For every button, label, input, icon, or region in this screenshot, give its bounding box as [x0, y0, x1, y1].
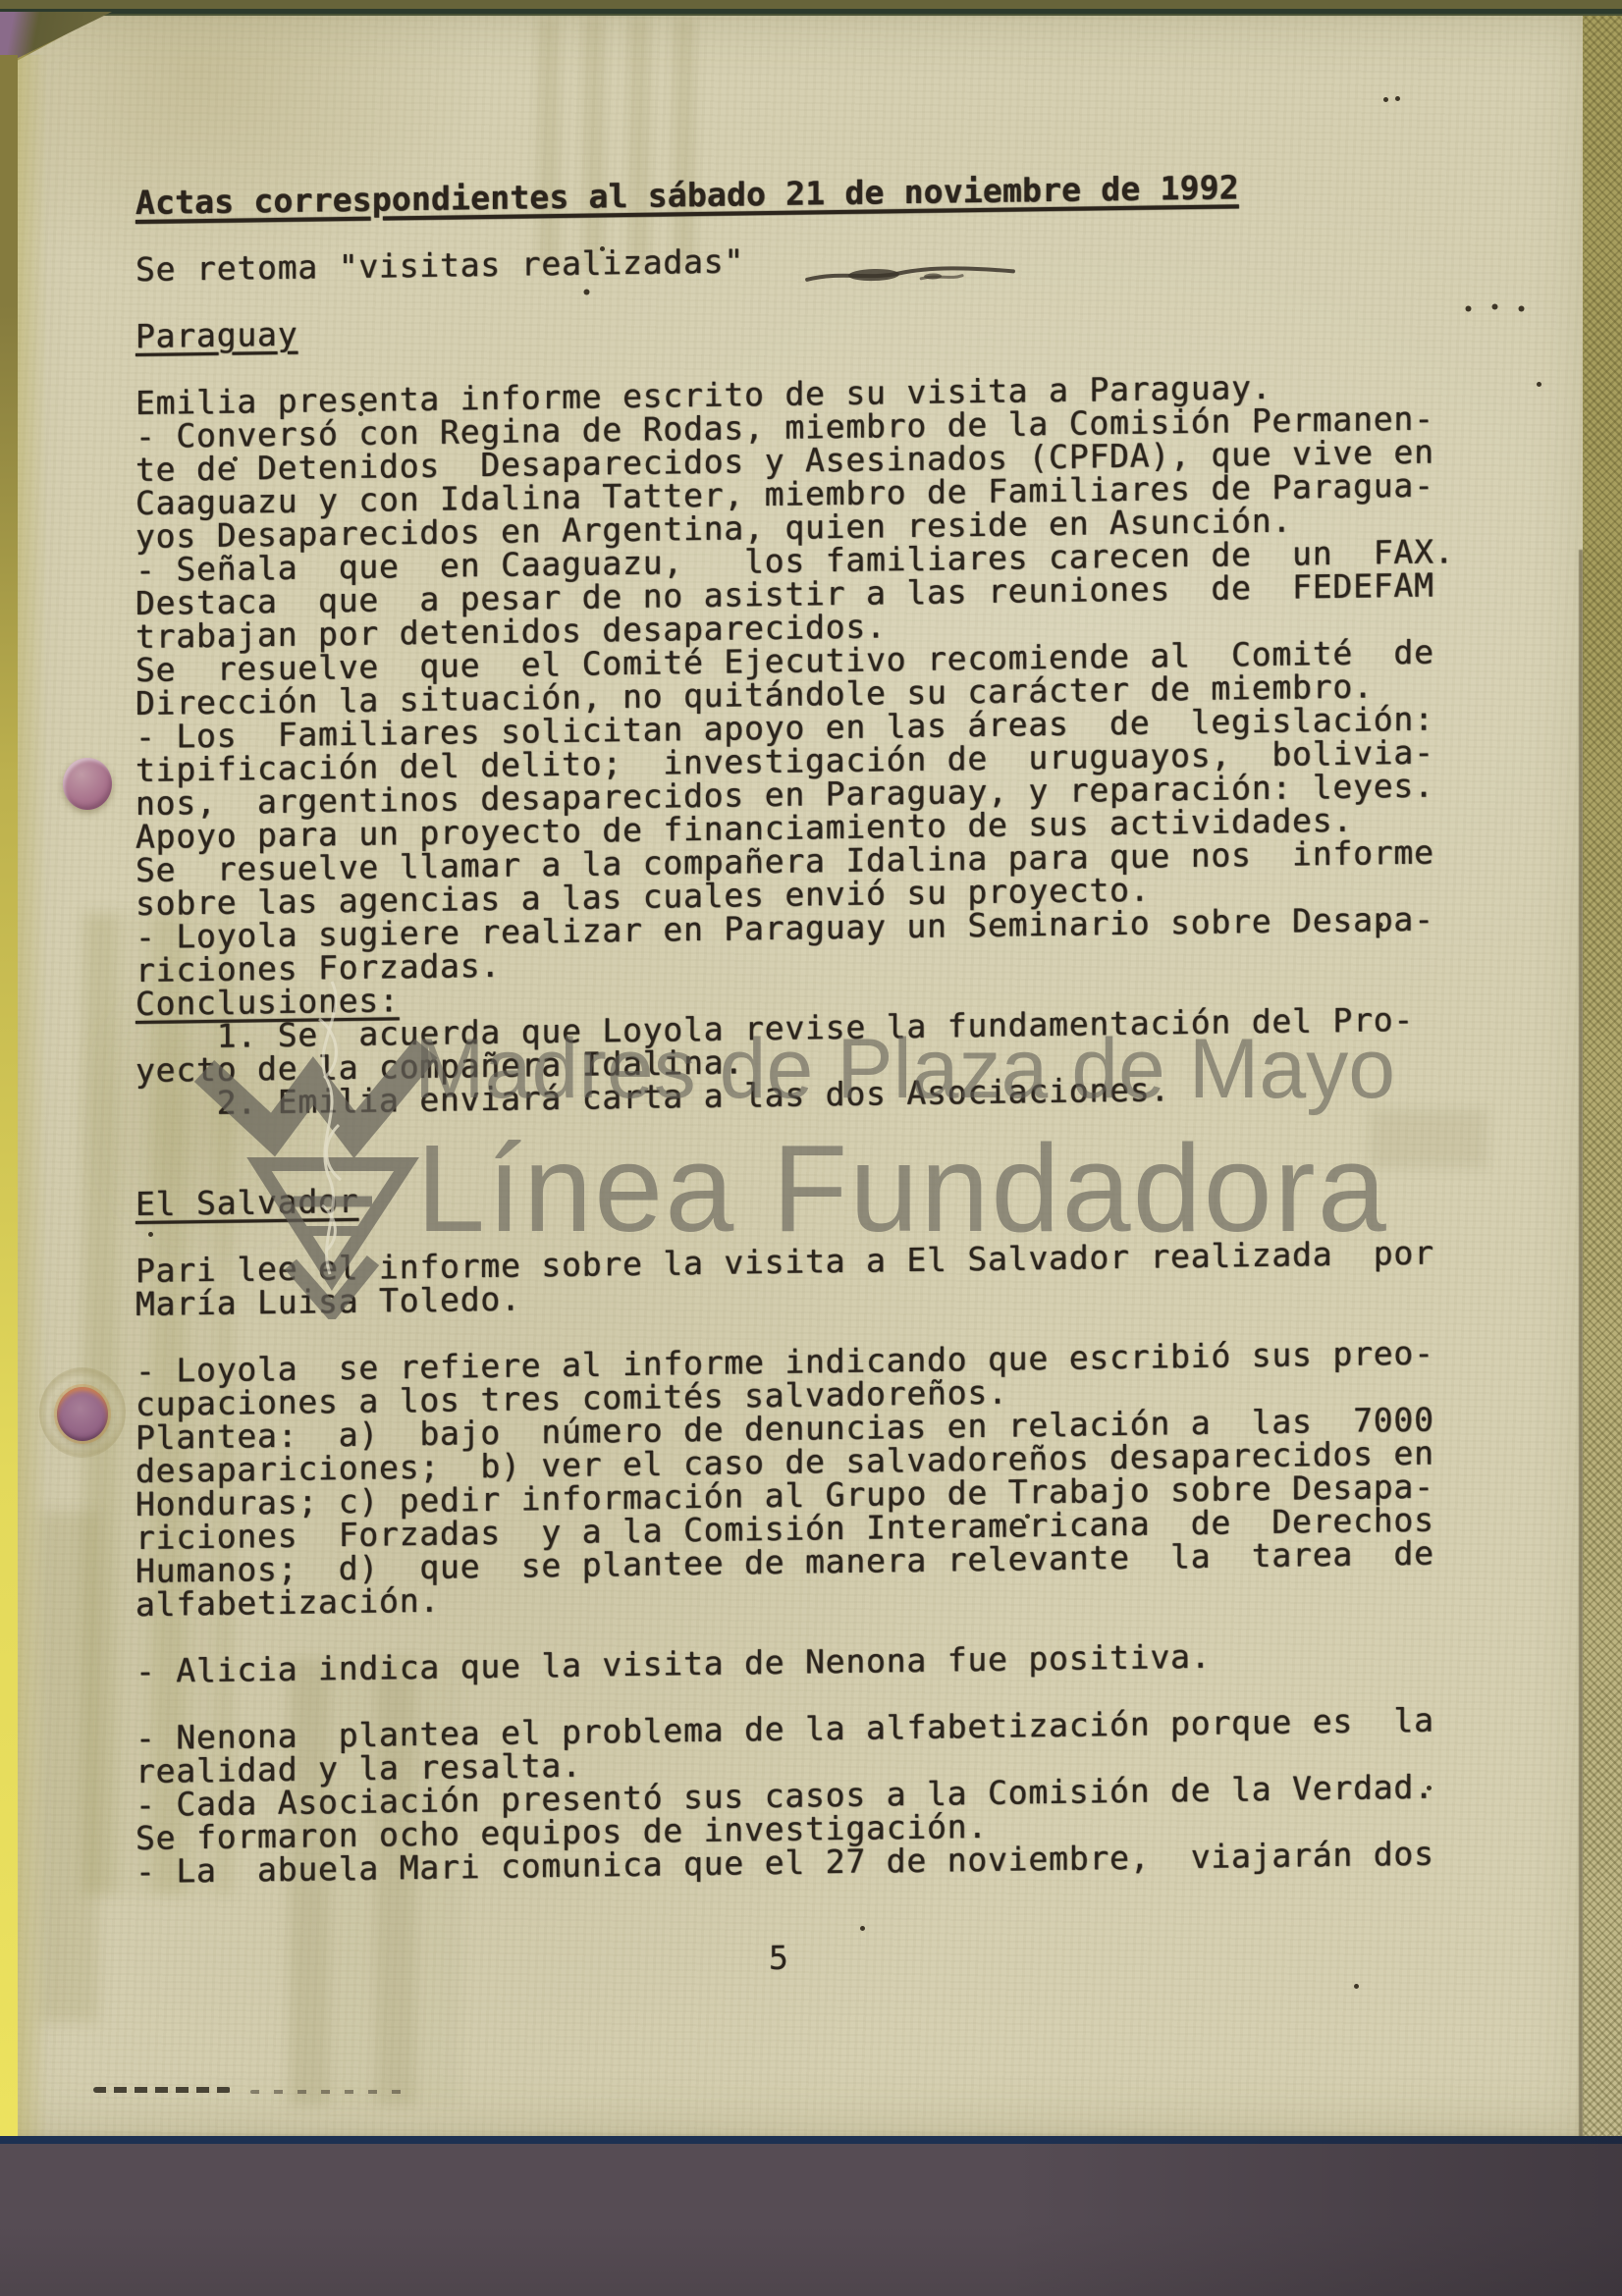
page-edge-top: [0, 0, 1622, 16]
page-edge-left-fade: [18, 55, 47, 2136]
scanned-document-page: Actas correspondientes al sábado 21 de n…: [0, 0, 1622, 2296]
watermark-line-1: Madres de Plaza de Mayo: [414, 1027, 1395, 1111]
punch-hole-top: [63, 758, 112, 810]
punch-hole-bottom: [57, 1387, 108, 1441]
page-edge-bottom: [0, 2136, 1622, 2296]
page-number: 5: [769, 1939, 788, 1977]
paper-crease: [1579, 550, 1583, 2140]
page-edge-right: [1583, 10, 1622, 2140]
page-edge-left: [0, 55, 18, 2136]
watermark-line-2: Línea Fundadora: [416, 1127, 1388, 1251]
